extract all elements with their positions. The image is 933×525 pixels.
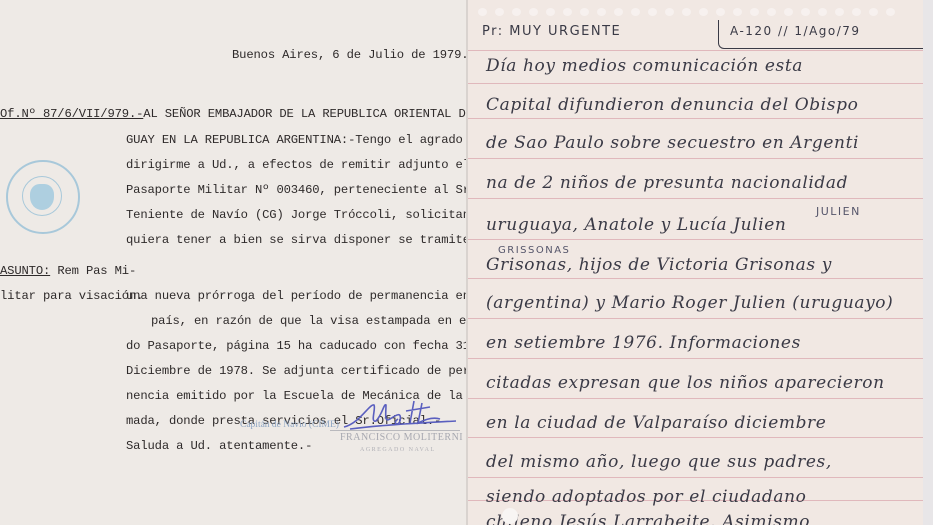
embassy-stamp [6,160,80,234]
official-letter: Buenos Aires, 6 de Julio de 1979.- Of.Nº… [0,0,468,525]
note-line: citadas expresan que los niños aparecier… [486,373,885,393]
reference-line: Of.Nº 87/6/VII/979.-AL SEÑOR EMBAJADOR D… [0,107,501,121]
asunto-line-2: litar para visación. [0,289,143,303]
note-line: de Sao Paulo sobre secuestro en Argenti [486,133,859,153]
note-line: en setiembre 1976. Informaciones [486,333,801,353]
body-line: dirigirme a Ud., a efectos de remitir ad… [126,158,470,172]
ruled-line [468,239,933,240]
coat-of-arms-icon [30,184,54,210]
body-line: país, en razón de que la visa estampada … [151,314,509,328]
ruled-line [468,50,933,51]
signer-name: FRANCISCO MOLITERNI [340,432,463,443]
asunto-text: Rem Pas Mi- [50,264,136,278]
body-line: Saluda a Ud. atentamente.- [126,439,312,453]
body-line: Teniente de Navío (CG) Jorge Tróccoli, s… [126,208,484,222]
asunto-label: ASUNTO: [0,264,50,278]
ruled-line [468,477,933,478]
ruled-line [468,198,933,199]
note-line: uruguaya, Anatole y Lucía Julien [486,215,786,235]
signer-title: AGREGADO NAVAL [360,447,436,453]
body-line: GUAY EN LA REPUBLICA ARGENTINA:-Tengo el… [126,133,484,147]
handwritten-signature [340,395,460,435]
note-line: (argentina) y Mario Roger Julien (urugua… [486,293,893,313]
rank-label: Capitán de Navío (CIME) [240,420,339,430]
body-line: Pasaporte Militar Nº 003460, pertenecien… [126,183,477,197]
page-edge [923,0,933,525]
note-line: Capital difundieron denuncia del Obispo [486,95,858,115]
ruled-line [468,358,933,359]
ruled-line [468,158,933,159]
note-reference: A-120 // 1/Ago/79 [730,24,861,38]
body-line: Diciembre de 1978. Se adjunta certificad… [126,364,484,378]
note-line: del mismo año, luego que sus padres, [486,452,832,472]
ruled-line [468,398,933,399]
note-line: en la ciudad de Valparaíso diciembre [486,413,826,433]
note-line: chileno Jesús Larrabeite. Asimismo, [486,512,816,525]
body-line: una nueva prórroga del período de perman… [126,289,491,303]
asunto-line: ASUNTO: Rem Pas Mi- [0,264,136,278]
body-line: quiera tener a bien se sirva disponer se… [126,233,470,247]
perforation-row [478,8,918,16]
note-line: Grisonas, hijos de Victoria Grisonas y [486,255,832,275]
note-line: siendo adoptados por el ciudadano [486,487,807,507]
letter-date: Buenos Aires, 6 de Julio de 1979.- [232,48,476,62]
ruled-line [468,118,933,119]
ruled-line [468,278,933,279]
annotation-julien: JULIEN [816,205,861,218]
punch-hole [502,508,518,524]
handwritten-note: Pr: MUY URGENTE A-120 // 1/Ago/79 Día ho… [468,0,933,525]
ruled-line [468,318,933,319]
note-line: na de 2 niños de presunta nacionalidad [486,173,848,193]
note-line: Día hoy medios comunicación esta [486,56,803,76]
body-line: do Pasaporte, página 15 ha caducado con … [126,339,491,353]
addressee-line: AL SEÑOR EMBAJADOR DE LA REPUBLICA ORIEN… [143,107,501,121]
ruled-line [468,437,933,438]
reference-number: Of.Nº 87/6/VII/979.- [0,107,143,121]
ruled-line [468,83,933,84]
priority-header: Pr: MUY URGENTE [482,24,621,39]
